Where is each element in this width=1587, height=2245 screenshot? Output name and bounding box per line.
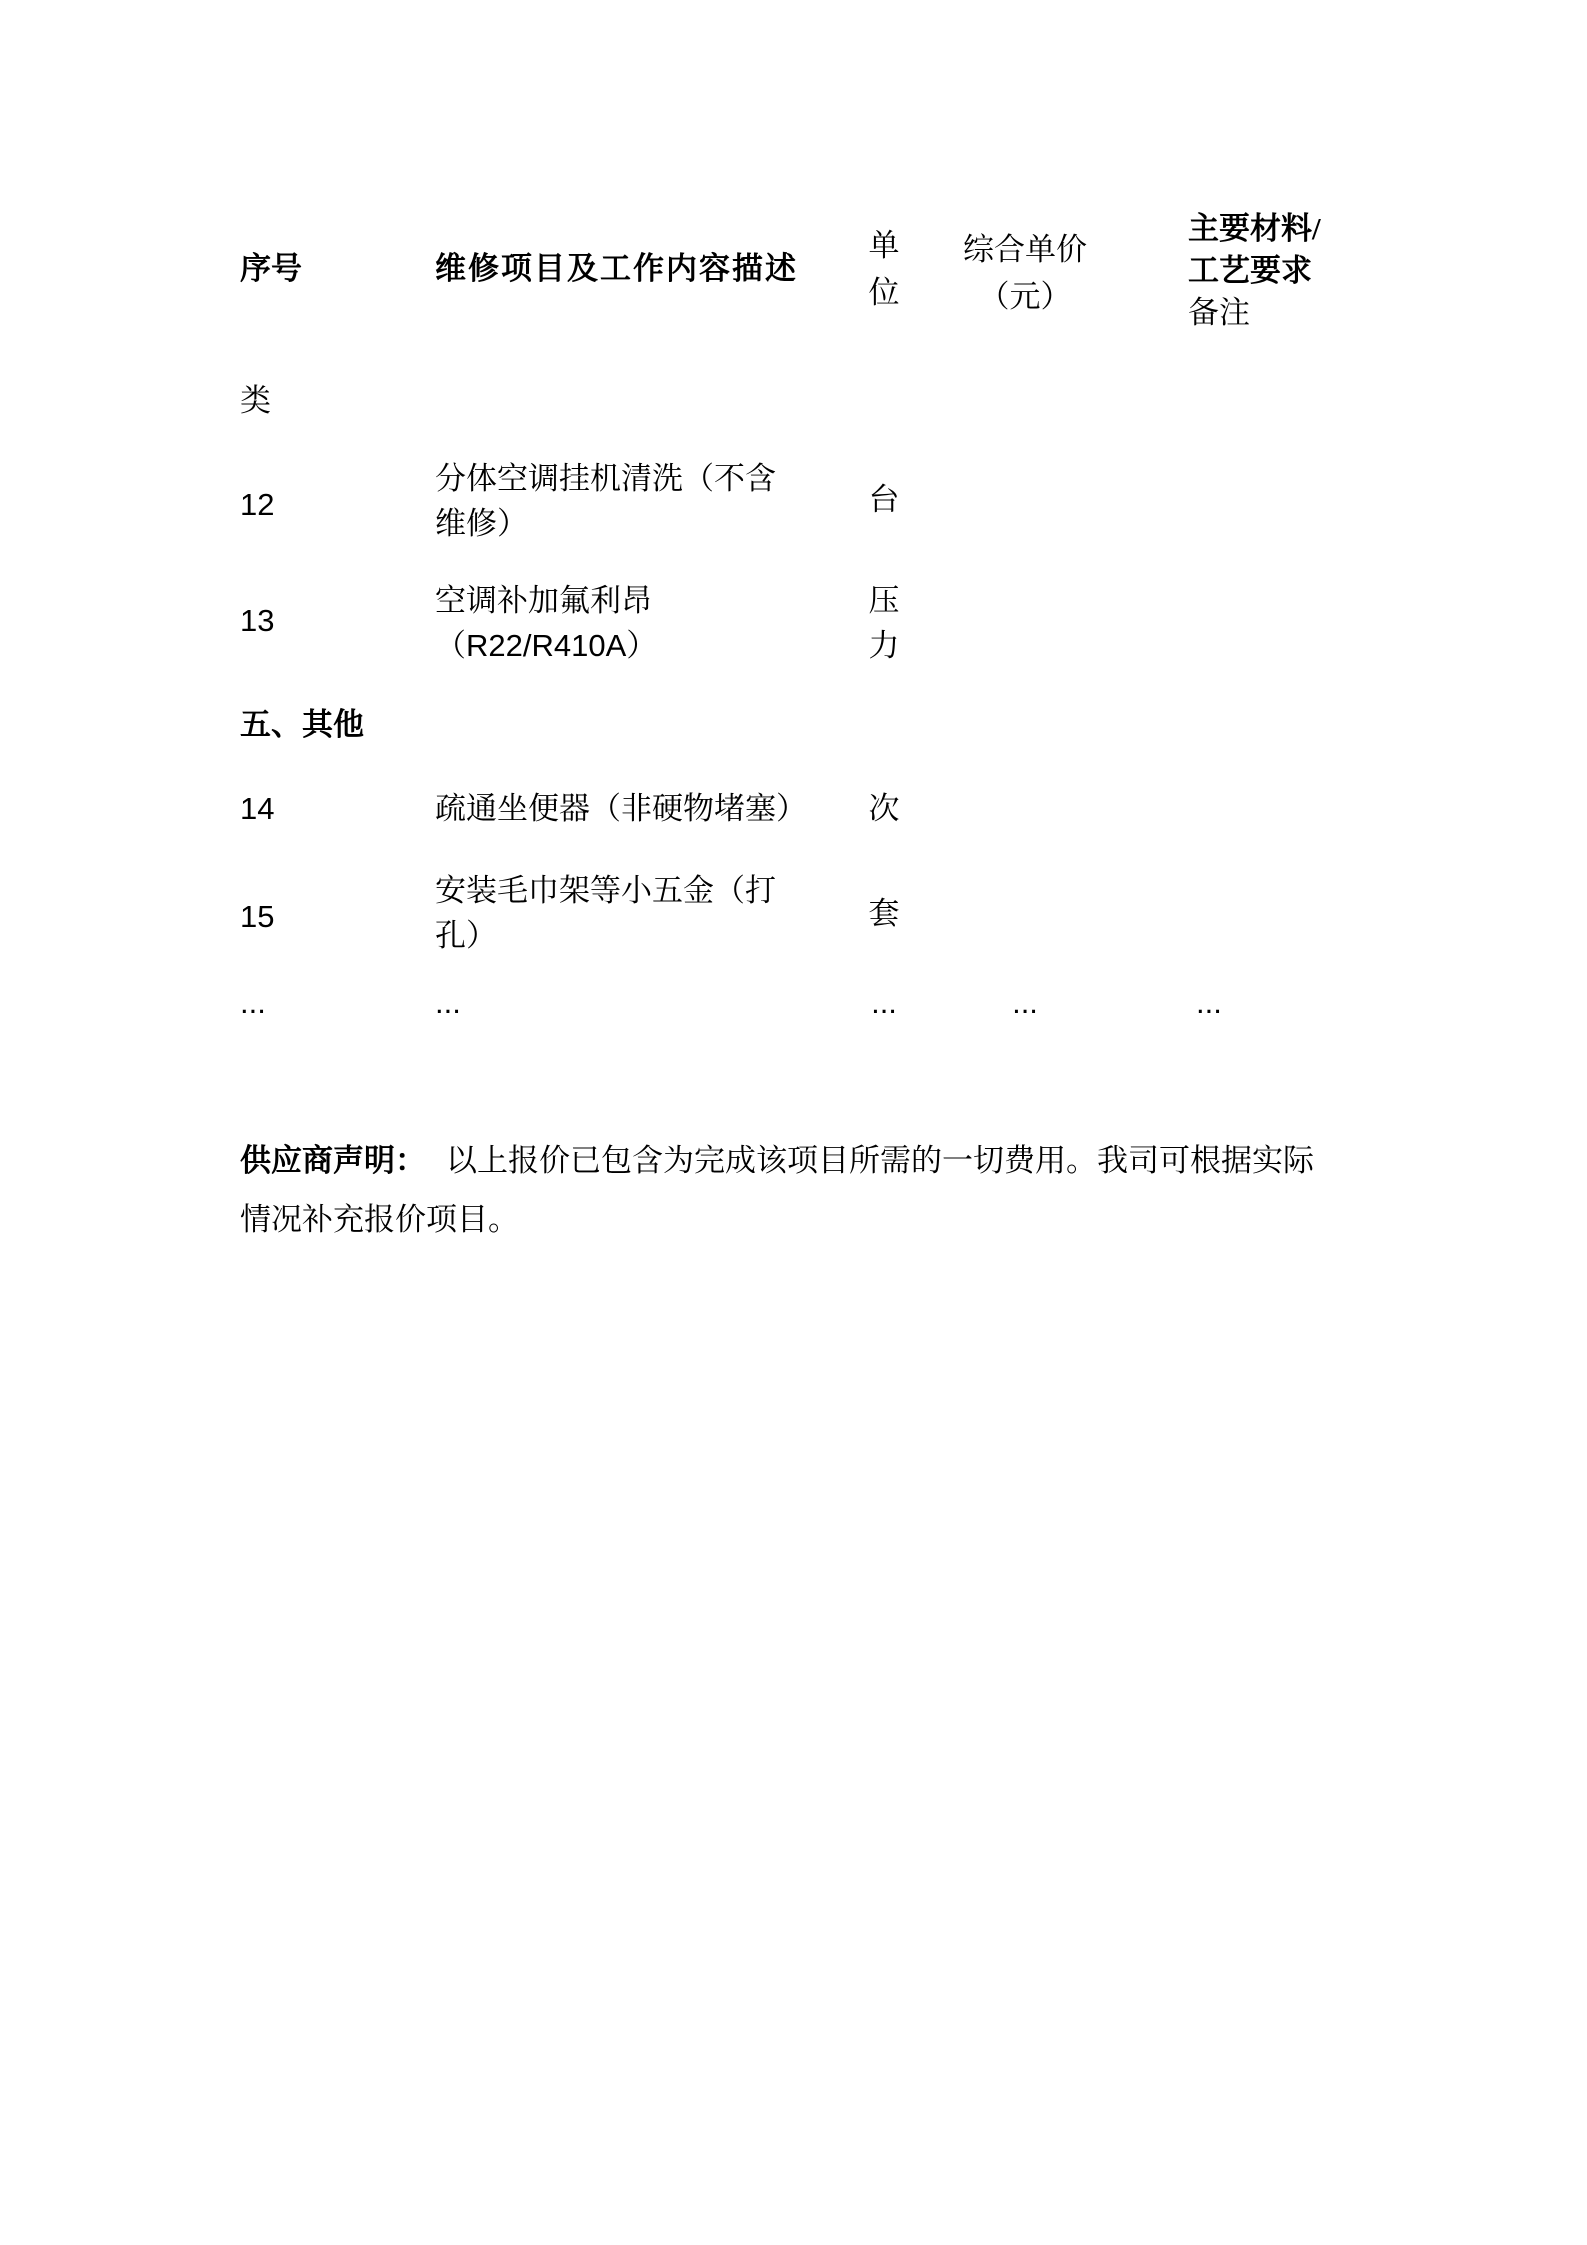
document-page: 序号 维修项目及工作内容描述 单 位 综合单价 （元） 主要材料/ 工艺要求 备… xyxy=(0,0,1587,2245)
supplier-declaration: 供应商声明：以上报价已包含为完成该项目所需的一切费用。我司可根据实际 情况补充报… xyxy=(240,1131,1450,1249)
row-unit: 次 xyxy=(838,786,930,831)
header-desc: 维修项目及工作内容描述 xyxy=(435,246,798,291)
header-price-line: （元） xyxy=(925,273,1125,320)
row-unit: 压 力 xyxy=(838,578,930,668)
header-price: 综合单价 （元） xyxy=(925,226,1125,320)
ellipsis-desc: ... xyxy=(435,980,461,1025)
desc-line: 分体空调挂机清洗（不含 xyxy=(435,456,776,501)
row-desc: 安装毛巾架等小五金（打 孔） xyxy=(435,868,776,958)
ellipsis-price: ... xyxy=(925,980,1125,1025)
category-continuation: 类 xyxy=(240,378,271,423)
header-seq: 序号 xyxy=(240,246,302,291)
declaration-label: 供应商声明： xyxy=(240,1143,426,1178)
row-desc: 空调补加氟利昂 （R22/R410A） xyxy=(435,578,657,668)
section-other: 五、其他 xyxy=(240,702,364,747)
row-seq: 12 xyxy=(240,482,274,527)
row-seq: 13 xyxy=(240,598,274,643)
row-unit: 台 xyxy=(838,477,930,522)
header-unit: 单 位 xyxy=(838,222,930,316)
declaration-text-line1: 以上报价已包含为完成该项目所需的一切费用。我司可根据实际 xyxy=(446,1143,1314,1178)
desc-line: （R22/R410A） xyxy=(435,623,657,668)
ellipsis-seq: ... xyxy=(240,980,266,1025)
header-material-line: 主要材料/ xyxy=(1188,208,1321,250)
desc-line: 空调补加氟利昂 xyxy=(435,578,657,623)
row-seq: 14 xyxy=(240,786,274,831)
header-material-line: 工艺要求 xyxy=(1188,250,1321,292)
header-remark-line: 备注 xyxy=(1188,292,1321,334)
header-price-line: 综合单价 xyxy=(925,226,1125,273)
header-unit-line: 单 xyxy=(838,222,930,269)
unit-line: 力 xyxy=(838,623,930,668)
row-seq: 15 xyxy=(240,894,274,939)
ellipsis-material: ... xyxy=(1196,980,1222,1025)
ellipsis-unit: ... xyxy=(838,980,930,1025)
header-material: 主要材料/ 工艺要求 备注 xyxy=(1188,208,1321,334)
unit-line: 压 xyxy=(838,578,930,623)
row-desc: 疏通坐便器（非硬物堵塞） xyxy=(435,786,807,831)
header-unit-line: 位 xyxy=(838,269,930,316)
desc-line: 孔） xyxy=(435,913,776,958)
declaration-text-line2: 情况补充报价项目。 xyxy=(240,1202,519,1237)
row-desc: 分体空调挂机清洗（不含 维修） xyxy=(435,456,776,546)
row-unit: 套 xyxy=(838,891,930,936)
desc-line: 维修） xyxy=(435,501,776,546)
desc-line: 安装毛巾架等小五金（打 xyxy=(435,868,776,913)
